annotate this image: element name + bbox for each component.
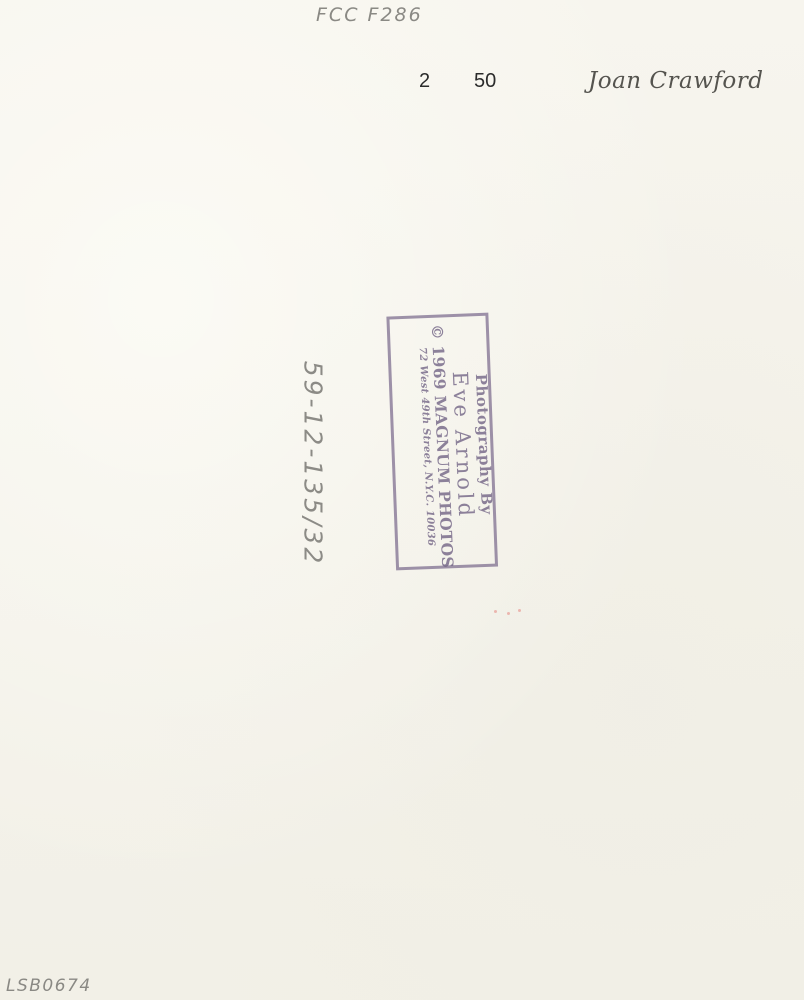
ink-speck [494,610,497,613]
subject-name-handwritten: Joan Crawford [588,68,763,94]
bottom-pencil-code: LSB0674 [6,976,92,996]
photo-back-sheet: FCC F286 2 50 Joan Crawford 59-12-135/32… [0,0,804,1000]
printed-number-2: 50 [474,70,496,93]
ink-speck [507,612,510,615]
printed-number-1: 2 [419,70,430,93]
stamp-text-block: Photography By Eve Arnold © 1969 MAGNUM … [389,319,496,573]
photographer-stamp: Photography By Eve Arnold © 1969 MAGNUM … [379,309,506,583]
top-pencil-note: FCC F286 [316,4,423,26]
vertical-pencil-note: 59-12-135/32 [299,334,328,594]
ink-speck [518,609,521,612]
